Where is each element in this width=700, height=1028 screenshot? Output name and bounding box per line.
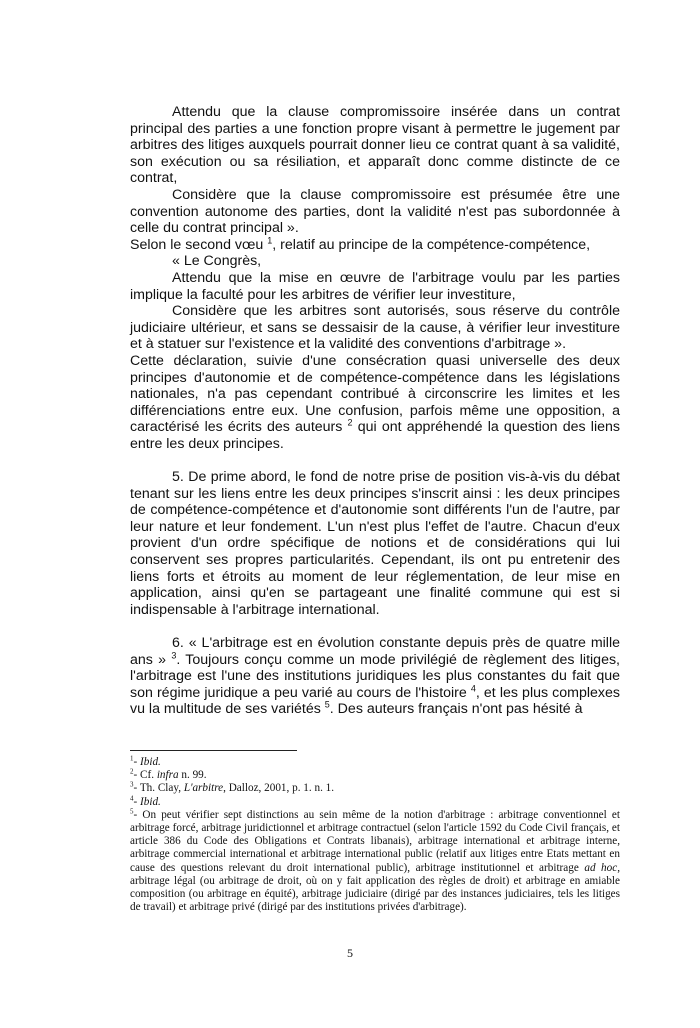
text-italic: ad hoc [584,862,617,874]
paragraph-considere-clause: Considère que la clause compromissoire e… [130,187,620,237]
footnote-4: 4- Ibid. [130,796,620,809]
text-italic: L'arbitre [184,782,223,794]
paragraph-cette-declaration: Cette déclaration, suivie d'une consécra… [130,353,620,453]
paragraph-attendu-mise-en-oeuvre: Attendu que la mise en œuvre de l'arbitr… [130,270,620,303]
text: - Cf. [134,769,157,781]
text: Selon le second vœu [130,237,267,253]
text: - Th. Clay, [134,782,184,794]
footnote-2: 2- Cf. infra n. 99. [130,769,620,782]
main-text: Attendu que la clause compromissoire ins… [130,104,620,718]
footnotes: 1- Ibid. 2- Cf. infra n. 99. 3- Th. Clay… [130,756,620,914]
text: n. 99. [179,769,207,781]
text: , relatif au principe de la compétence-c… [272,237,590,253]
text: , Dalloz, 2001, p. 1. n. 1. [223,782,334,794]
footnote-1: 1- Ibid. [130,756,620,769]
paragraph-gap [130,618,620,635]
text-italic: infra [157,769,179,781]
footnote-separator [130,750,297,751]
page-number: 5 [0,946,700,961]
text: . Des auteurs français n'ont pas hésité … [330,701,583,717]
paragraph-le-congres: « Le Congrès, [130,253,620,270]
footnote-3: 3- Th. Clay, L'arbitre, Dalloz, 2001, p.… [130,782,620,795]
text-italic: Ibid. [140,796,161,808]
text: - On peut vérifier sept distinctions au … [130,809,620,874]
paragraph-considere-arbitres: Considère que les arbitres sont autorisé… [130,303,620,353]
footnote-5: 5- On peut vérifier sept distinctions au… [130,809,620,915]
paragraph-6: 6. « L'arbitrage est en évolution consta… [130,635,620,718]
paragraph-gap [130,452,620,469]
text-italic: Ibid. [140,756,161,768]
paragraph-attendu-clause: Attendu que la clause compromissoire ins… [130,104,620,187]
paragraph-5: 5. De prime abord, le fond de notre pris… [130,469,620,618]
paragraph-second-voeu: Selon le second vœu 1, relatif au princi… [130,237,620,254]
